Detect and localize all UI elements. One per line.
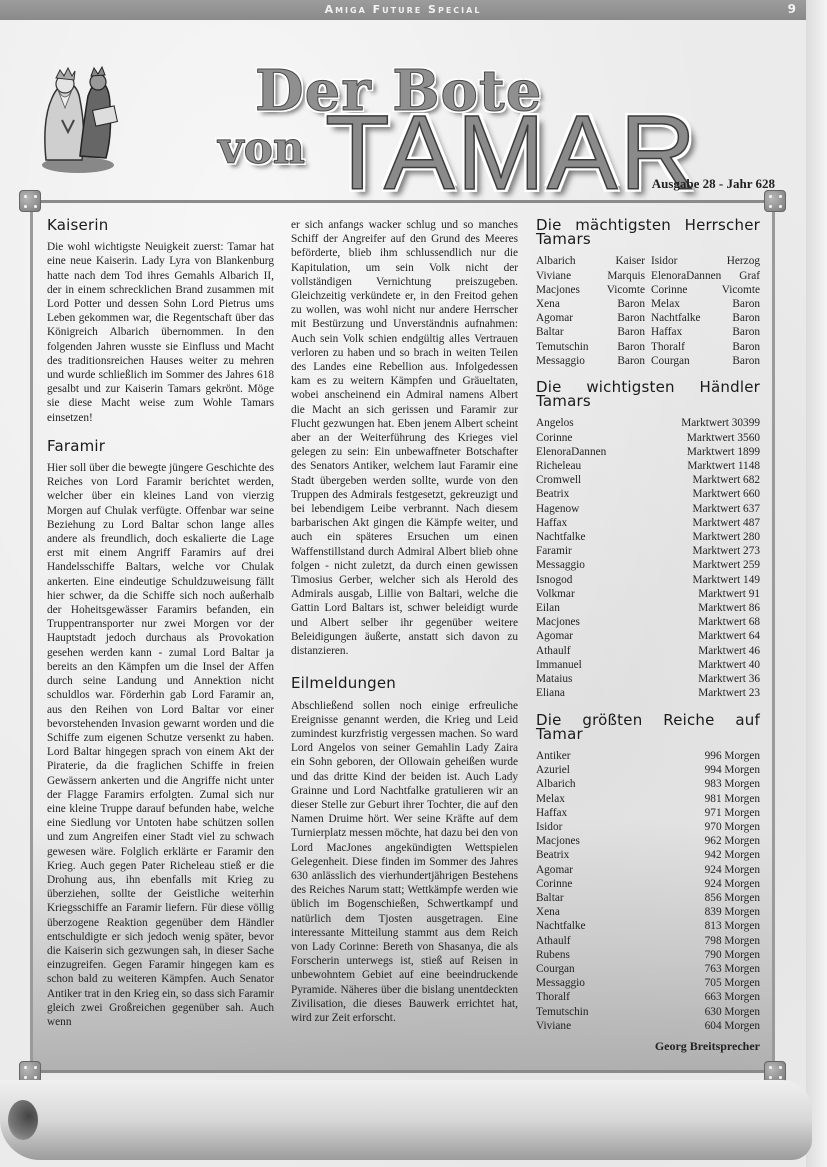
realm-name: Melax xyxy=(536,792,565,806)
table-row: Thoralf663 Morgen xyxy=(536,990,760,1004)
page-number: 9 xyxy=(788,2,796,16)
realm-size: 971 Morgen xyxy=(705,806,760,820)
table-row: MelaxBaron xyxy=(651,297,760,311)
table-row: ElenoraDannenMarktwert 1899 xyxy=(536,445,760,459)
traders-heading: Die wichtigsten Händler Tamars xyxy=(536,380,760,408)
table-row: AngelosMarktwert 30399 xyxy=(536,416,760,430)
table-row: MessaggioMarktwert 259 xyxy=(536,558,760,572)
table-row: AlbarichKaiser xyxy=(536,254,645,268)
ruler-name: Viviane xyxy=(536,269,571,283)
rulers-right-column: IsidorHerzog ElenoraDannenGraf CorinneVi… xyxy=(651,254,760,368)
article-faramir: Faramir Hier soll über die bewegte jünge… xyxy=(47,439,274,1029)
ruler-name: Nachtfalke xyxy=(651,311,701,325)
table-row: Temutschin630 Morgen xyxy=(536,1005,760,1019)
table-row: Viviane604 Morgen xyxy=(536,1019,760,1033)
trader-value: Marktwert 280 xyxy=(693,530,760,544)
realm-name: Azuriel xyxy=(536,763,570,777)
realm-size: 970 Morgen xyxy=(705,820,760,834)
trader-name: Eilan xyxy=(536,601,560,615)
table-row: MataiusMarktwert 36 xyxy=(536,672,760,686)
table-row: Corinne924 Morgen xyxy=(536,877,760,891)
trader-name: Athaulf xyxy=(536,644,571,658)
realm-name: Beatrix xyxy=(536,848,569,862)
realm-name: Rubens xyxy=(536,948,570,962)
ruler-rank: Baron xyxy=(617,325,645,339)
realm-size: 962 Morgen xyxy=(705,834,760,848)
trader-value: Marktwert 30399 xyxy=(681,416,760,430)
table-row: MacjonesVicomte xyxy=(536,283,645,297)
ruler-name: Temutschin xyxy=(536,340,589,354)
ruler-name: Thoralf xyxy=(651,340,685,354)
realm-name: Macjones xyxy=(536,834,580,848)
table-row: CorinneVicomte xyxy=(651,283,760,297)
column-middle: er sich anfangs wacker schlug und so man… xyxy=(291,218,518,1039)
table-row: CorinneMarktwert 3560 xyxy=(536,431,760,445)
table-row: BaltarBaron xyxy=(536,325,645,339)
table-row: CourganBaron xyxy=(651,354,760,368)
realm-name: Albarich xyxy=(536,777,576,791)
table-row: AgomarMarktwert 64 xyxy=(536,629,760,643)
trader-value: Marktwert 487 xyxy=(693,516,760,530)
table-row: ImmanuelMarktwert 40 xyxy=(536,658,760,672)
realm-name: Messaggio xyxy=(536,976,585,990)
rulers-left-column: AlbarichKaiser VivianeMarquis MacjonesVi… xyxy=(536,254,645,368)
ruler-rank: Vicomte xyxy=(722,283,760,297)
article-body-continued: er sich anfangs wacker schlug und so man… xyxy=(291,218,518,658)
realm-name: Haffax xyxy=(536,806,567,820)
table-row: HaffaxMarktwert 487 xyxy=(536,516,760,530)
realm-size: 942 Morgen xyxy=(705,848,760,862)
table-row: Nachtfalke813 Morgen xyxy=(536,919,760,933)
trader-value: Marktwert 40 xyxy=(698,658,760,672)
table-row: Macjones962 Morgen xyxy=(536,834,760,848)
table-row: NachtfalkeBaron xyxy=(651,311,760,325)
ruler-rank: Marquis xyxy=(607,269,645,283)
trader-value: Marktwert 273 xyxy=(693,544,760,558)
article-kaiserin: Kaiserin Die wohl wichtigste Neuigkeit z… xyxy=(47,218,274,425)
table-row: Agomar924 Morgen xyxy=(536,863,760,877)
rulers-heading: Die mächtigsten Herrscher Tamars xyxy=(536,218,760,246)
table-row: FaramirMarktwert 273 xyxy=(536,544,760,558)
trader-value: Marktwert 637 xyxy=(693,502,760,516)
column-right: Die mächtigsten Herrscher Tamars Albaric… xyxy=(536,218,760,1065)
realm-name: Isidor xyxy=(536,820,562,834)
realm-size: 813 Morgen xyxy=(705,919,760,933)
realm-name: Agomar xyxy=(536,863,573,877)
trader-value: Marktwert 68 xyxy=(698,615,760,629)
table-row: XenaBaron xyxy=(536,297,645,311)
ruler-name: Corinne xyxy=(651,283,687,297)
table-row: CromwellMarktwert 682 xyxy=(536,473,760,487)
table-row: Baltar856 Morgen xyxy=(536,891,760,905)
article-heading: Eilmeldungen xyxy=(291,676,518,690)
realm-size: 763 Morgen xyxy=(705,962,760,976)
ruler-name: Albarich xyxy=(536,254,576,268)
article-heading: Kaiserin xyxy=(47,218,274,232)
scroll-roll-decoration xyxy=(0,1080,812,1160)
realm-name: Courgan xyxy=(536,962,575,976)
article-eilmeldungen: Eilmeldungen Abschließend sollen noch ei… xyxy=(291,676,518,1025)
table-row: VolkmarMarktwert 91 xyxy=(536,587,760,601)
table-row: Rubens790 Morgen xyxy=(536,948,760,962)
realm-size: 996 Morgen xyxy=(705,749,760,763)
table-row: NachtfalkeMarktwert 280 xyxy=(536,530,760,544)
table-row: Courgan763 Morgen xyxy=(536,962,760,976)
king-and-scribe-illustration-icon xyxy=(38,60,118,175)
realm-size: 798 Morgen xyxy=(705,934,760,948)
realm-size: 983 Morgen xyxy=(705,777,760,791)
realm-size: 856 Morgen xyxy=(705,891,760,905)
scroll-curl-icon xyxy=(8,1100,38,1140)
trader-name: Mataius xyxy=(536,672,572,686)
corner-bracket-icon xyxy=(19,190,41,212)
realm-size: 981 Morgen xyxy=(705,792,760,806)
trader-value: Marktwert 36 xyxy=(698,672,760,686)
table-row: HaffaxBaron xyxy=(651,325,760,339)
realm-name: Antiker xyxy=(536,749,571,763)
ruler-rank: Baron xyxy=(617,340,645,354)
table-row: RicheleauMarktwert 1148 xyxy=(536,459,760,473)
ruler-name: Messaggio xyxy=(536,354,585,368)
table-row: ThoralfBaron xyxy=(651,340,760,354)
table-row: Athaulf798 Morgen xyxy=(536,934,760,948)
trader-value: Marktwert 149 xyxy=(693,573,760,587)
table-row: Azuriel994 Morgen xyxy=(536,763,760,777)
trader-name: Beatrix xyxy=(536,487,569,501)
table-row: Messaggio705 Morgen xyxy=(536,976,760,990)
magazine-name: Amiga Future Special xyxy=(0,3,806,16)
realm-size: 924 Morgen xyxy=(705,863,760,877)
realm-name: Viviane xyxy=(536,1019,571,1033)
ruler-rank: Baron xyxy=(617,354,645,368)
trader-value: Marktwert 3560 xyxy=(687,431,760,445)
realms-heading: Die größten Reiche auf Tamar xyxy=(536,713,760,741)
ruler-name: Agomar xyxy=(536,311,573,325)
table-row: BeatrixMarktwert 660 xyxy=(536,487,760,501)
table-row: IsnogodMarktwert 149 xyxy=(536,573,760,587)
ruler-rank: Baron xyxy=(732,340,760,354)
ruler-rank: Vicomte xyxy=(607,283,645,297)
page-edge xyxy=(806,0,827,1167)
trader-name: Faramir xyxy=(536,544,572,558)
table-row: HagenowMarktwert 637 xyxy=(536,502,760,516)
trader-name: Corinne xyxy=(536,431,572,445)
trader-value: Marktwert 91 xyxy=(698,587,760,601)
trader-name: Angelos xyxy=(536,416,574,430)
article-heading: Faramir xyxy=(47,439,274,453)
realm-name: Corinne xyxy=(536,877,572,891)
trader-name: Macjones xyxy=(536,615,580,629)
table-row: EilanMarktwert 86 xyxy=(536,601,760,615)
table-row: TemutschinBaron xyxy=(536,340,645,354)
table-row: Antiker996 Morgen xyxy=(536,749,760,763)
title-tamar: TAMAR xyxy=(325,100,698,206)
trader-value: Marktwert 23 xyxy=(698,686,760,700)
realm-name: Temutschin xyxy=(536,1005,589,1019)
ruler-name: ElenoraDannen xyxy=(651,269,721,283)
column-left: Kaiserin Die wohl wichtigste Neuigkeit z… xyxy=(47,218,274,1043)
trader-name: Richeleau xyxy=(536,459,581,473)
ruler-name: Macjones xyxy=(536,283,580,297)
realm-size: 705 Morgen xyxy=(705,976,760,990)
realm-name: Baltar xyxy=(536,891,564,905)
ruler-name: Haffax xyxy=(651,325,682,339)
trader-name: Messaggio xyxy=(536,558,585,572)
trader-name: Immanuel xyxy=(536,658,582,672)
masthead: Der Bote von TAMAR xyxy=(0,20,806,200)
realm-name: Athaulf xyxy=(536,934,571,948)
trader-name: Haffax xyxy=(536,516,567,530)
table-row: VivianeMarquis xyxy=(536,269,645,283)
trader-name: Agomar xyxy=(536,629,573,643)
ruler-rank: Graf xyxy=(739,269,760,283)
realm-size: 663 Morgen xyxy=(705,990,760,1004)
realm-name: Nachtfalke xyxy=(536,919,586,933)
trader-value: Marktwert 682 xyxy=(693,473,760,487)
trader-value: Marktwert 46 xyxy=(698,644,760,658)
rulers-table: Die mächtigsten Herrscher Tamars Albaric… xyxy=(536,218,760,368)
table-row: Haffax971 Morgen xyxy=(536,806,760,820)
ruler-name: Xena xyxy=(536,297,560,311)
ruler-rank: Baron xyxy=(732,325,760,339)
ruler-name: Courgan xyxy=(651,354,690,368)
trader-value: Marktwert 259 xyxy=(693,558,760,572)
table-row: Melax981 Morgen xyxy=(536,792,760,806)
ruler-rank: Herzog xyxy=(727,254,760,268)
trader-name: Nachtfalke xyxy=(536,530,586,544)
trader-value: Marktwert 660 xyxy=(693,487,760,501)
article-body: Hier soll über die bewegte jüngere Gesch… xyxy=(47,461,274,1029)
ruler-name: Isidor xyxy=(651,254,677,268)
trader-value: Marktwert 86 xyxy=(698,601,760,615)
trader-name: Cromwell xyxy=(536,473,581,487)
table-row: MessaggioBaron xyxy=(536,354,645,368)
trader-name: Isnogod xyxy=(536,573,572,587)
table-row: ElianaMarktwert 23 xyxy=(536,686,760,700)
trader-value: Marktwert 1899 xyxy=(687,445,760,459)
title-von: von xyxy=(218,123,305,174)
realm-size: 994 Morgen xyxy=(705,763,760,777)
magazine-header-bar: Amiga Future Special 9 xyxy=(0,0,806,20)
realms-table: Die größten Reiche auf Tamar Antiker996 … xyxy=(536,713,760,1054)
trader-name: Hagenow xyxy=(536,502,579,516)
ruler-rank: Kaiser xyxy=(616,254,645,268)
ruler-name: Baltar xyxy=(536,325,564,339)
article-body: Abschließend sollen noch einige erfreuli… xyxy=(291,699,518,1026)
ruler-name: Melax xyxy=(651,297,680,311)
table-row: IsidorHerzog xyxy=(651,254,760,268)
table-row: Beatrix942 Morgen xyxy=(536,848,760,862)
ruler-rank: Baron xyxy=(617,297,645,311)
trader-name: Volkmar xyxy=(536,587,575,601)
table-row: ElenoraDannenGraf xyxy=(651,269,760,283)
trader-value: Marktwert 64 xyxy=(698,629,760,643)
author-signature: Georg Breitsprecher xyxy=(536,1039,760,1053)
realm-name: Thoralf xyxy=(536,990,570,1004)
table-row: Albarich983 Morgen xyxy=(536,777,760,791)
trader-name: Eliana xyxy=(536,686,565,700)
realm-size: 924 Morgen xyxy=(705,877,760,891)
trader-name: ElenoraDannen xyxy=(536,445,606,459)
realm-size: 630 Morgen xyxy=(705,1005,760,1019)
realm-size: 790 Morgen xyxy=(705,948,760,962)
ruler-rank: Baron xyxy=(732,354,760,368)
table-row: MacjonesMarktwert 68 xyxy=(536,615,760,629)
ruler-rank: Baron xyxy=(617,311,645,325)
corner-bracket-icon xyxy=(764,190,786,212)
traders-table: Die wichtigsten Händler Tamars AngelosMa… xyxy=(536,380,760,700)
ruler-rank: Baron xyxy=(732,311,760,325)
article-body: Die wohl wichtigste Neuigkeit zuerst: Ta… xyxy=(47,240,274,425)
issue-label: Ausgabe 28 - Jahr 628 xyxy=(652,176,775,192)
table-row: Xena839 Morgen xyxy=(536,905,760,919)
ruler-rank: Baron xyxy=(732,297,760,311)
trader-value: Marktwert 1148 xyxy=(687,459,760,473)
table-row: AthaulfMarktwert 46 xyxy=(536,644,760,658)
table-row: Isidor970 Morgen xyxy=(536,820,760,834)
realm-size: 839 Morgen xyxy=(705,905,760,919)
table-row: AgomarBaron xyxy=(536,311,645,325)
realm-size: 604 Morgen xyxy=(705,1019,760,1033)
realm-name: Xena xyxy=(536,905,560,919)
